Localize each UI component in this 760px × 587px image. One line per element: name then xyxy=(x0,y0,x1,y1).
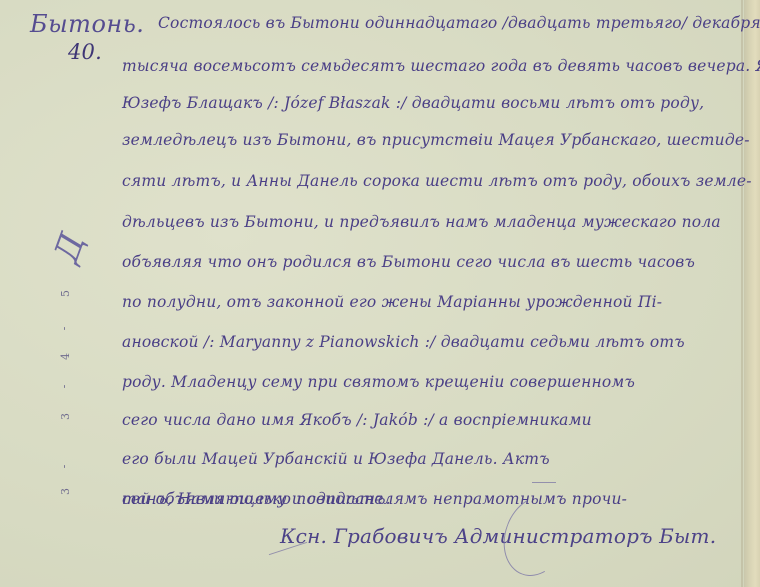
margin-note: 3 xyxy=(59,488,72,495)
record-line: Состоялось въ Бытони одиннадцатаго /двад… xyxy=(158,14,760,32)
document-page: Бытонь. 40. Состоялось въ Бытони одиннад… xyxy=(0,0,760,587)
book-gutter xyxy=(744,0,760,587)
record-line: по полудни, отъ законной его жены Маріан… xyxy=(122,293,662,311)
record-line: дѣльцевъ изъ Бытони, и предъявилъ намъ м… xyxy=(122,213,721,231)
record-line: сяти лѣтъ, и Анны Данель сорока шести лѣ… xyxy=(122,172,752,190)
margin-note: 4 xyxy=(59,353,72,360)
record-number: 40. xyxy=(68,40,102,64)
margin-note: 5 xyxy=(59,290,72,297)
margin-note: - xyxy=(57,385,70,389)
place-title: Бытонь. xyxy=(30,10,144,38)
priest-signature: Ксн. Грабовичъ Администраторъ Быт. xyxy=(280,524,716,548)
record-line: объявляя что онъ родился въ Бытони сего … xyxy=(122,253,695,271)
record-line: земледѣлецъ изъ Бытони, въ присутствіи М… xyxy=(122,131,750,149)
record-line-final: танъ, Нами только подписанъ. xyxy=(122,490,391,508)
record-line: Юзефъ Блащакъ /: Józef Błaszak :/ двадца… xyxy=(122,94,704,112)
record-line: тысяча восемьсотъ семьдесятъ шестаго год… xyxy=(122,57,760,75)
margin-note: - xyxy=(57,327,70,331)
record-line: ановской /: Maryanny z Pianowskich :/ дв… xyxy=(122,333,685,351)
record-line: роду. Младенцу сему при святомъ крещеніи… xyxy=(122,373,635,391)
end-of-text-rule xyxy=(532,482,556,483)
record-line: сего числа дано имя Якобъ /: Jakób :/ а … xyxy=(122,411,592,429)
margin-note: - xyxy=(57,465,70,469)
record-line: его были Мацей Урбанскій и Юзефа Данель.… xyxy=(122,450,550,468)
page-gutter-line xyxy=(741,0,743,587)
margin-note: 3 xyxy=(59,413,72,420)
margin-mark: Д xyxy=(46,228,93,268)
